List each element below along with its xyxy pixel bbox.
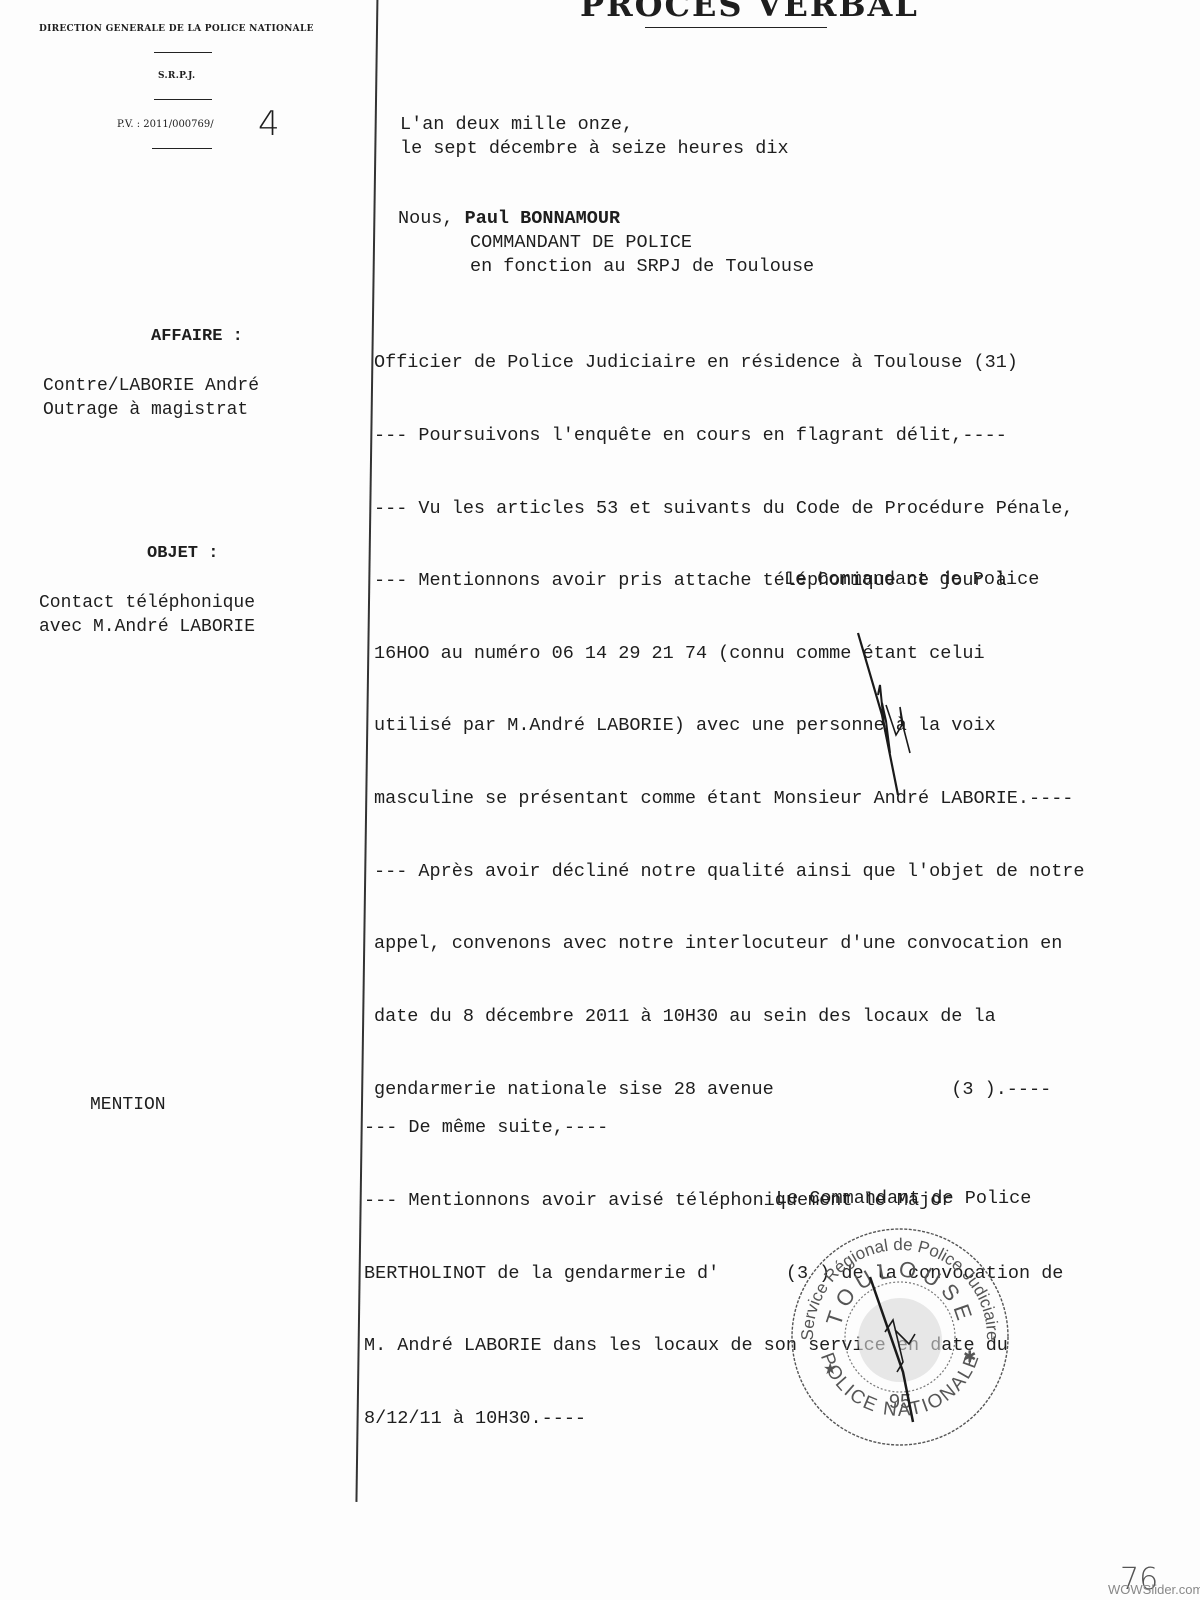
date-line-1: L'an deux mille onze, [400, 113, 633, 137]
signature-icon [840, 625, 930, 805]
affaire-line-1: Contre/LABORIE André [43, 374, 259, 398]
pv-number: P.V. : 2011/000769/ [117, 119, 214, 130]
main-line: Officier de Police Judiciaire en résiden… [374, 351, 1085, 375]
header-rule-2 [154, 99, 212, 100]
nous-word: Nous, [398, 208, 454, 229]
main-line: utilisé par M.André LABORIE) avec une pe… [374, 714, 1085, 738]
officer-rank: COMMANDANT DE POLICE [470, 231, 692, 255]
main-line: --- Poursuivons l'enquête en cours en fl… [374, 424, 1085, 448]
direction-header: DIRECTION GENERALE DE LA POLICE NATIONAL… [39, 24, 314, 34]
service-header: S.R.P.J. [158, 71, 195, 81]
mention-signatory: Le Commandant de Police [776, 1187, 1031, 1211]
main-line: 16HOO au numéro 06 14 29 21 74 (connu co… [374, 642, 1085, 666]
mention-line: --- De même suite,---- [364, 1116, 1063, 1140]
objet-label: OBJET : [147, 544, 218, 563]
main-body: Officier de Police Judiciaire en résiden… [374, 303, 1085, 1126]
main-line: masculine se présentant comme étant Mons… [374, 787, 1085, 811]
main-line: date du 8 décembre 2011 à 10H30 au sein … [374, 1005, 1085, 1029]
pv-handwritten-suffix: 4 [258, 104, 280, 144]
main-line: --- Vu les articles 53 et suivants du Co… [374, 497, 1085, 521]
date-line-2: le sept décembre à seize heures dix [400, 137, 789, 161]
affaire-line-2: Outrage à magistrat [43, 398, 248, 422]
header-rule-1 [154, 52, 212, 53]
objet-line-2: avec M.André LABORIE [39, 615, 255, 639]
affaire-label: AFFAIRE : [151, 327, 243, 346]
header-rule-3 [152, 148, 212, 149]
document-title: PROCES VERBAL [580, 0, 919, 24]
nous-label: Nous, Paul BONNAMOUR [398, 207, 620, 231]
watermark: WOWSlider.com [1108, 1582, 1200, 1597]
stamp-star-right-icon: ✱ [963, 1347, 976, 1366]
officer-post: en fonction au SRPJ de Toulouse [470, 255, 814, 279]
title-underline [645, 27, 827, 28]
main-line: --- Après avoir décliné notre qualité ai… [374, 860, 1085, 884]
officer-name: Paul BONNAMOUR [465, 208, 620, 229]
mention-label: MENTION [90, 1093, 166, 1117]
main-line: appel, convenons avec notre interlocuteu… [374, 932, 1085, 956]
objet-line-1: Contact téléphonique [39, 591, 255, 615]
main-signatory: Le Commandant de Police [784, 568, 1039, 592]
official-stamp-icon: Service Régional de Police Judiciaire TO… [785, 1222, 1015, 1452]
stamp-star-left-icon: ★ [823, 1359, 837, 1378]
